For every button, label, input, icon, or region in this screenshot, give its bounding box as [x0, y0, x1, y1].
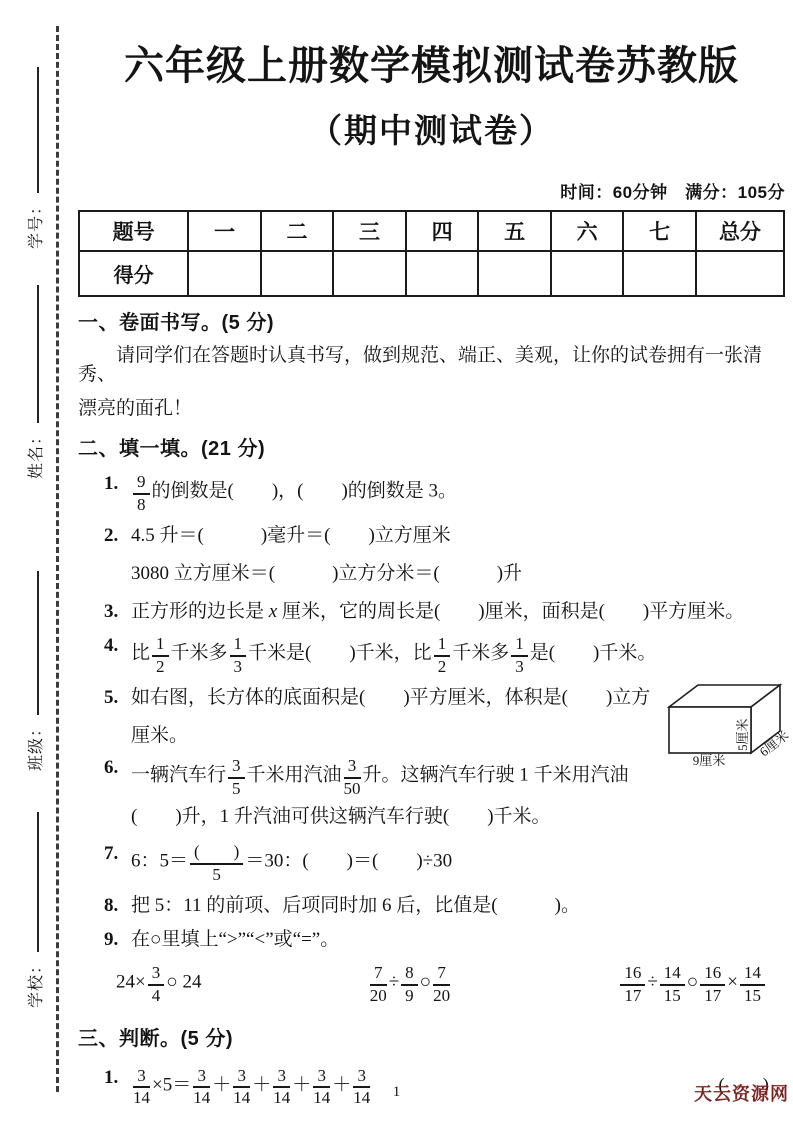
question-fill-6-line2: ( )升，1 升汽油可供这辆汽车行驶( )千米。: [78, 806, 785, 828]
student-name-label: 姓名：: [23, 428, 46, 479]
school-label: 学校：: [23, 957, 46, 1008]
compare-circle: ○: [420, 972, 431, 993]
question-fill-7: 7. 6：5＝( )5＝30：( )＝( )÷30: [78, 843, 785, 884]
question-number: 3.: [104, 601, 118, 623]
comparison-expressions: 24×34○ 24 720÷89○720 1617÷1415○1617×1415: [78, 964, 785, 1005]
col-header-1: 一: [188, 211, 261, 251]
col-header-5: 五: [478, 211, 551, 251]
fraction: 34: [148, 964, 165, 1005]
question-fill-6: 6. 一辆汽车行35千米用汽油350升。这辆汽车行驶 1 千米用汽油: [78, 757, 785, 798]
fraction: 98: [133, 473, 150, 514]
question-fill-9: 9. 在○里填上“>”“<”或“=”。: [78, 929, 785, 951]
exam-subtitle: （期中测试卷）: [78, 105, 785, 152]
col-header-3: 三: [333, 211, 406, 251]
col-header-6: 六: [551, 211, 624, 251]
fraction: 1415: [660, 964, 685, 1005]
question-fill-2-line2: 3080 立方厘米＝( )立方分米＝( )升: [78, 563, 785, 585]
section-1-text-line1: 请同学们在答题时认真书写，做到规范、端正、美观，让你的试卷拥有一张清秀、: [78, 346, 785, 384]
score-cell: [188, 251, 261, 296]
question-fill-1: 1. 98的倒数是( )，( )的倒数是 3。: [78, 473, 785, 514]
col-header-4: 四: [406, 211, 479, 251]
score-row-label: 得分: [79, 251, 188, 296]
watermark: 天云资源网: [694, 1080, 789, 1106]
question-text: 的倒数是( )，( )的倒数是 3。: [152, 480, 458, 501]
compare-circle: ○: [687, 972, 698, 993]
section-3-heading: 三、判断。(5 分): [78, 1022, 785, 1051]
question-number: 6.: [104, 757, 118, 779]
fold-dashed-line: [56, 26, 59, 1092]
page-title: 六年级上册数学模拟测试卷苏教版: [78, 34, 785, 91]
multiply-sign: ×: [727, 972, 738, 993]
fraction: 13: [230, 635, 247, 676]
question-text: ( )升，1 升汽油可供这辆汽车行驶( )千米。: [131, 806, 551, 827]
divide-sign: ÷: [389, 972, 399, 993]
question-number: 5.: [104, 687, 118, 709]
expression-3: 1617÷1415○1617×1415: [618, 964, 767, 1005]
question-text: 厘米，它的周长是( )厘米，面积是( )平方厘米。: [277, 601, 744, 622]
fraction: 12: [152, 635, 169, 676]
student-name-writing-line: [37, 285, 39, 423]
section-1-heading: 一、卷面书写。(5 分): [78, 306, 785, 335]
fraction: 1617: [620, 964, 645, 1005]
score-cell: [406, 251, 479, 296]
class-label: 班级：: [23, 720, 46, 771]
multiply-sign: ×: [135, 972, 146, 993]
score-cell: [261, 251, 334, 296]
question-text: 如右图，长方体的底面积是( )平方厘米，体积是( )立方: [131, 687, 716, 709]
fraction: 350: [344, 757, 361, 798]
col-header-7: 七: [623, 211, 696, 251]
score-table-header-row: 题号 一 二 三 四 五 六 七 总分: [79, 211, 784, 251]
section-2-heading: 二、填一填。(21 分): [78, 432, 785, 461]
score-cell: [333, 251, 406, 296]
expression-2: 720÷89○720: [368, 964, 452, 1005]
question-fill-4: 4. 比12千米多13千米是( )千米，比12千米多13是( )千米。: [78, 635, 785, 676]
section-1-text-line2: 漂亮的面孔！: [78, 399, 785, 418]
question-fill-2: 2. 4.5 升＝( )毫升＝( )立方厘米: [78, 525, 785, 547]
exam-paper-page: 学号： 姓名： 班级： 学校： 六年级上册数学模拟测试卷苏教版 （期中测试卷） …: [0, 0, 793, 1122]
question-number: 7.: [104, 843, 118, 865]
question-number: 8.: [104, 895, 118, 917]
expression-1: 24×34○ 24: [116, 964, 201, 1005]
score-cell: [623, 251, 696, 296]
page-number: 1: [0, 1084, 793, 1101]
fraction: 1617: [700, 964, 725, 1005]
question-number: 2.: [104, 525, 118, 547]
fraction: 12: [434, 635, 451, 676]
sidebar-field-class: 班级：: [23, 571, 45, 771]
col-header-total: 总分: [696, 211, 784, 251]
fraction: 13: [511, 635, 528, 676]
question-number: 9.: [104, 929, 118, 951]
question-text: 在○里填上“>”“<”或“=”。: [131, 929, 339, 950]
fraction: 720: [370, 964, 387, 1005]
question-text: 3080 立方厘米＝( )立方分米＝( )升: [131, 563, 522, 584]
sidebar-field-student-number: 学号：: [23, 67, 45, 249]
question-fill-3: 3. 正方形的边长是 x 厘米，它的周长是( )厘米，面积是( )平方厘米。: [78, 601, 785, 623]
question-text: 正方形的边长是: [131, 601, 269, 622]
col-header-2: 二: [261, 211, 334, 251]
exam-info: 时间：60分钟 满分：105分: [78, 178, 785, 203]
col-header-question-no: 题号: [79, 211, 188, 251]
variable-x: x: [269, 601, 277, 622]
score-cell: [478, 251, 551, 296]
question-fill-5: 5. 如右图，长方体的底面积是( )平方厘米，体积是( )立方 厘米。 9厘米 …: [78, 687, 785, 747]
fraction: 1415: [740, 964, 765, 1005]
height-label: 5厘米: [735, 719, 750, 752]
divide-sign: ÷: [647, 972, 657, 993]
sidebar-field-school: 学校：: [23, 812, 45, 1008]
fraction: ( )5: [190, 843, 243, 884]
score-cell: [696, 251, 784, 296]
question-number: 4.: [104, 635, 118, 657]
score-table: 题号 一 二 三 四 五 六 七 总分 得分: [78, 210, 785, 297]
sidebar-field-student-name: 姓名：: [23, 285, 45, 479]
student-number-label: 学号：: [23, 198, 46, 249]
question-fill-8: 8. 把 5：11 的前项、后项同时加 6 后，比值是( )。: [78, 895, 785, 917]
fraction: 89: [401, 964, 418, 1005]
fraction: 720: [433, 964, 450, 1005]
fraction: 35: [228, 757, 245, 798]
class-writing-line: [37, 571, 39, 715]
question-text: 厘米。: [131, 725, 716, 747]
question-number: 1.: [104, 473, 118, 495]
score-table-score-row: 得分: [79, 251, 784, 296]
question-text: 4.5 升＝( )毫升＝( )立方厘米: [131, 525, 451, 546]
school-writing-line: [37, 812, 39, 952]
student-number-writing-line: [37, 67, 39, 193]
compare-circle: ○: [166, 972, 177, 993]
score-cell: [551, 251, 624, 296]
question-text: 把 5：11 的前项、后项同时加 6 后，比值是( )。: [131, 895, 580, 916]
